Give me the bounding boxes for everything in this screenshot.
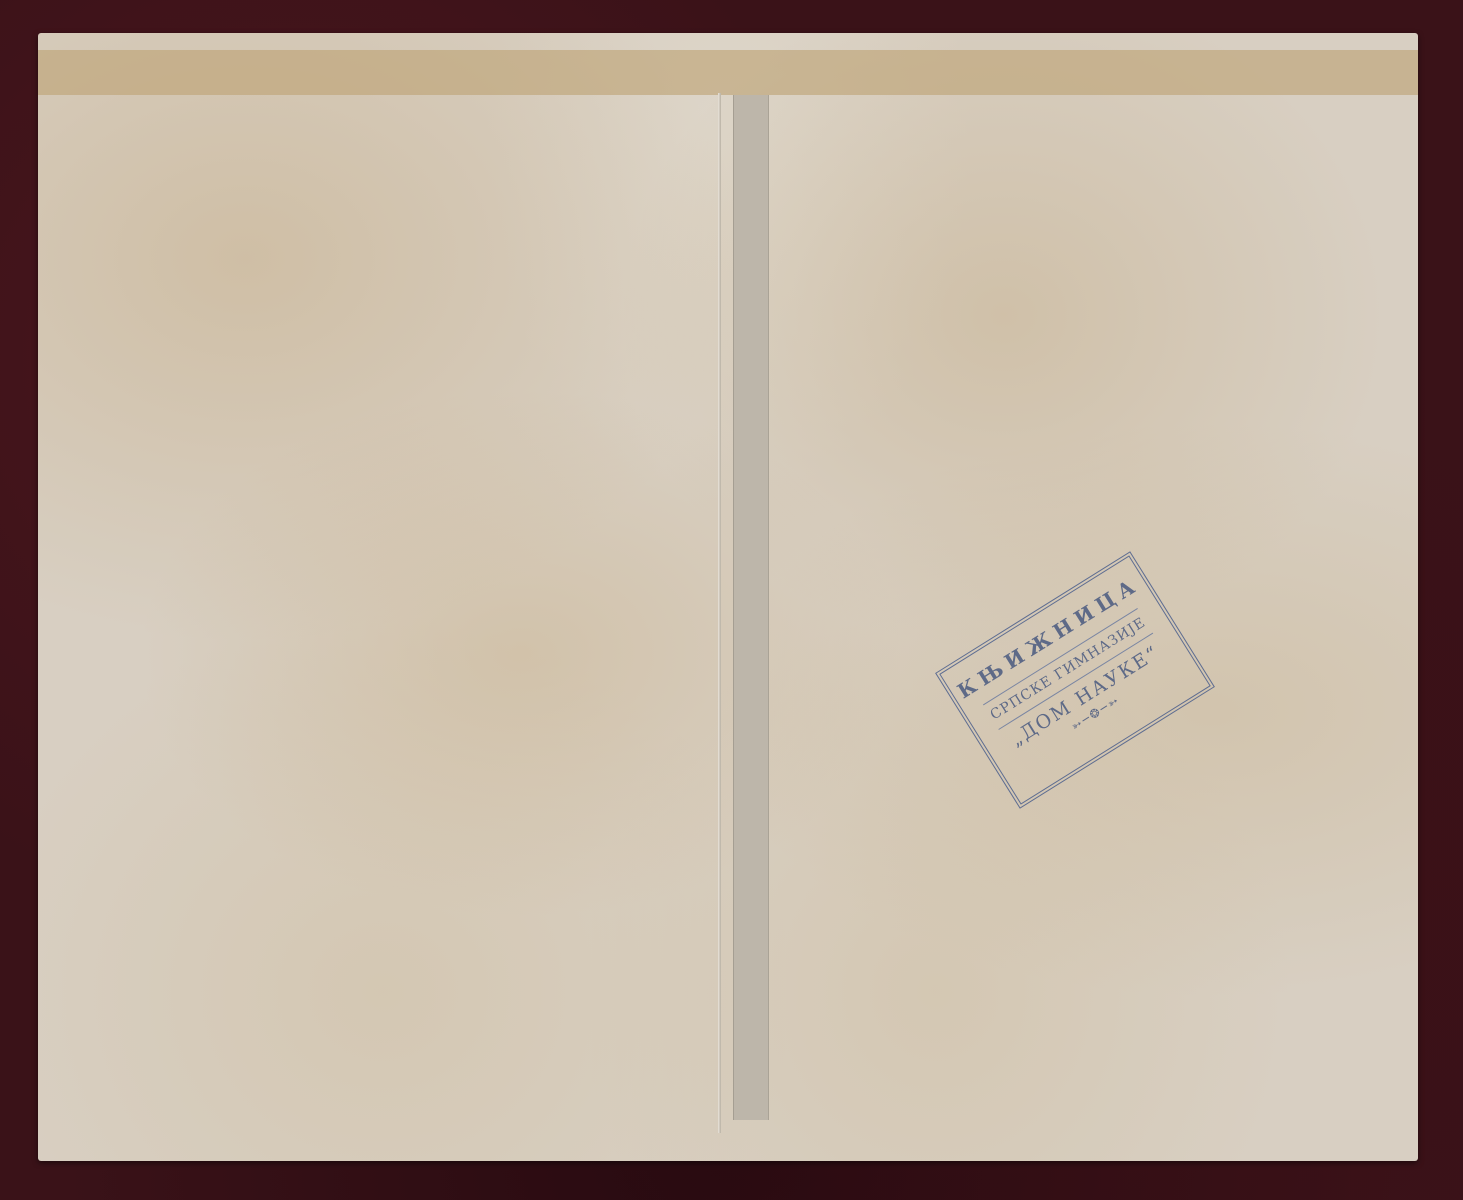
- fold-crease: [718, 93, 721, 1133]
- spine-strip: [733, 95, 769, 1120]
- tape-strip: [38, 50, 1418, 95]
- paper-sheet: [38, 33, 1418, 1161]
